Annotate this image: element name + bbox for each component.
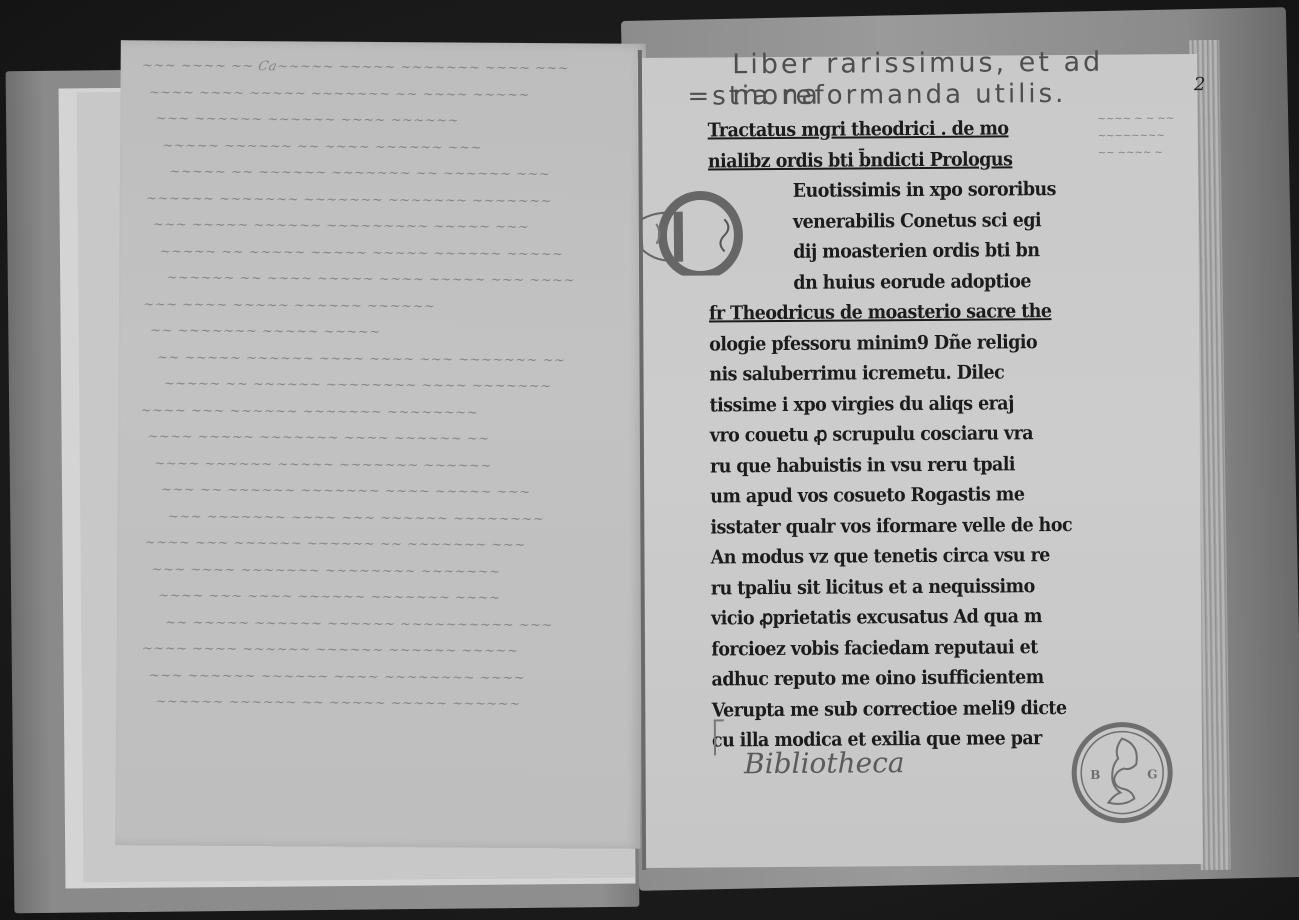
cursive-line: ~~~ ~~~~ ~~~~~ ~~~~~~ ~~~~~~ [136, 297, 627, 327]
cursive-line: ~~ ~~~~~~~ ~~~~~ ~~~~~ [136, 323, 627, 353]
manuscript-line: adhuc reputo me oino isufficientem [711, 662, 1070, 695]
folio-number: 2 [1194, 74, 1206, 95]
cursive-line: ~~~~~~ ~~ ~~~~ ~~~~~ ~~~~ ~~~~~ ~~~ ~~~~ [136, 270, 627, 300]
cursive-line: ~~~ ~~~~~~ ~~~~~~ ~~~~ ~~~~~~~~ ~~~~ [133, 668, 624, 698]
manuscript-line: vicio ꝓprietatis excusatus Ad qua m [711, 601, 1070, 634]
manuscript-line: nis saluberrimu icremetu. Dilec [709, 357, 1068, 390]
library-stamp-icon: B G [1070, 720, 1175, 825]
margin-note-line: ~~~~ ~ ~ ~~ [1098, 110, 1175, 128]
cursive-line: ~~~ ~~~~~~~ ~~~~ ~~~ ~~~~~~ ~~~~~~~~ [135, 509, 626, 539]
cursive-line: ~~ ~~~~~ ~~~~~~ ~~~~ ~~~~ ~~~ ~~~~~~~ ~~ [136, 350, 627, 380]
manuscript-line: venerabilis Conetus sci egi [708, 204, 1067, 237]
cursive-line: ~~~~~ ~~ ~~~~~~ ~~~~~~~ ~~ ~~~~~~ ~~~ [137, 164, 628, 194]
right-page: Liber rarissimus, et ad mona =stia refor… [637, 54, 1203, 868]
manuscript-line: nialibz ordis bti b̄ndicti Prologus [708, 143, 1067, 176]
manuscript-line: Tractatus mgri theodrici . de mo [708, 113, 1067, 146]
cursive-line: ~~~~ ~~~~ ~~~~~ ~~~~~~~ ~~ ~~~~ ~~~~~ [138, 85, 629, 115]
cursive-line: ~~~~~~ ~~~~~~ ~~ ~~~~~ ~~~~~ ~~~~~~ [133, 694, 624, 724]
manuscript-line: Verupta me sub correctioe meli9 dicte [712, 692, 1071, 725]
stamp-letter-left: B [1090, 768, 1100, 782]
manuscript-line: ru tpaliu sit licitus et a nequissimo [711, 570, 1070, 603]
cursive-line: ~~~~ ~~~ ~~~~~~ ~~~~~~ ~~ ~~~~~~~ ~~~ [134, 535, 625, 565]
manuscript-line: An modus vz que tenetis circa vsu re [711, 540, 1070, 573]
cursive-line: ~~~~ ~~~~~ ~~~~~~~ ~~~~ ~~~~~~ ~~ [135, 429, 626, 459]
manuscript-line: um apud vos cosueto Rogastis me [710, 479, 1069, 512]
margin-note-line: ~~ ~~~~ ~ [1098, 144, 1175, 162]
cursive-line: ~~~~~ ~~ ~~~~~~ ~~~~~~~~ ~~~~ ~~~~~~~ [135, 376, 626, 406]
cursive-line: ~~~~ ~~~~ ~~~~~~ ~~~~~~ ~~~~~~ ~~~~~ [134, 641, 625, 671]
cursive-line: ~~~ ~~~~~~ ~~~~~~ ~~~~ ~~~~~~ [137, 111, 628, 141]
cursive-line: ~~~ ~~~~ ~~~~~~~ ~~~~~~~~ ~~~~~~~ [134, 562, 625, 592]
gothic-text-block: Tractatus mgri theodrici . de monialibz … [708, 113, 1102, 756]
manuscript-line: forcioez vobis faciedam reputaui et [711, 631, 1070, 664]
manuscript-line: Euotissimis in xpo sororibus [708, 174, 1067, 207]
margin-note-line: ~~~~~~~~ [1098, 127, 1175, 145]
manuscript-line: dn huius eorude adoptioe [709, 265, 1068, 298]
manuscript-line: dij moasterien ordis bti bn [708, 235, 1067, 268]
manuscript-line: fr Theodricus de moasterio sacre the [709, 296, 1068, 329]
cursive-notes: ~~~ ~~~~ ~~ Ca~~~~~ ~~~~~ ~~~~~~~ ~~~~ ~… [136, 58, 626, 724]
left-page: ~~~ ~~~~ ~~ Ca~~~~~ ~~~~~ ~~~~~~~ ~~~~ ~… [115, 40, 646, 849]
cursive-line: ~~~ ~~~~~ ~~~~~~ ~~~~~~~~~ ~~~~~ ~~~ [137, 217, 628, 247]
later-title-line-2: =stia reformanda utilis. [687, 79, 1066, 112]
manuscript-line: isstater qualr vos iformare velle de hoc [710, 509, 1069, 542]
manuscript-line: vro couetu ꝓ scrupulu cosciaru vra [710, 418, 1069, 451]
cursive-line: ~~~ ~~ ~~~~~~ ~~~~~~~ ~~~~ ~~~~~ ~~~ [135, 482, 626, 512]
shelfmark-bracket [714, 719, 724, 755]
manuscript-line: tissime i xpo virgies du aliqs eraj [709, 387, 1068, 420]
manuscript-line: ologie pfessoru minim9 Dñe religio [709, 326, 1068, 359]
cursive-line: ~~ ~~~~~ ~~~~~~ ~~~~~~ ~~~~~~~~~~ ~~~ [134, 615, 625, 645]
cursive-line: ~~~~ ~~~~~~ ~~~~~ ~~~~~~~ ~~~~~~ [135, 456, 626, 486]
cursive-line: ~~~~~~ ~~~~~~~ ~~~~~~~ ~~~~~~~ ~~~~~~~ [137, 191, 628, 221]
manuscript-line: ru que habuistis in vsu reru tpali [710, 448, 1069, 481]
stamp-letter-right: G [1147, 767, 1157, 781]
cursive-line: ~~~~ ~~~ ~~~~~~ ~~~~~~~ ~~~~~~~~ [135, 403, 626, 433]
ownership-inscription: Bibliotheca [744, 746, 905, 780]
margin-note: ~~~~ ~ ~ ~~ ~~~~~~~~ ~~ ~~~~ ~ [1098, 110, 1175, 162]
cursive-line: ~~~~ ~~~ ~~~~ ~~~~~~ ~~~~~~~ ~~~~ [134, 588, 625, 618]
cursive-line: ~~~~~ ~~~~~~ ~~ ~~~~ ~~~~~~ ~~~ [137, 138, 628, 168]
cursive-line: ~~~~~ ~~ ~~~~~ ~~~~~ ~~~~~ ~~~~~~ ~~~~~ [136, 244, 627, 274]
cursive-line: ~~~ ~~~~ ~~ Ca~~~~~ ~~~~~ ~~~~~~~ ~~~~ ~… [138, 58, 629, 88]
